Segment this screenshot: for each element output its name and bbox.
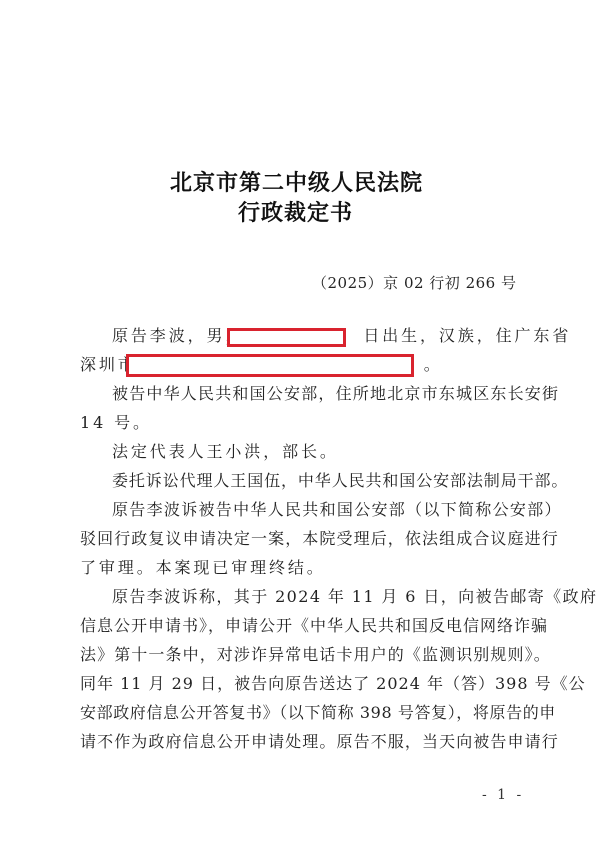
paragraph-line-claim-3: 法》第十一条中，对涉诈异常电话卡用户的《监测识别规则》。 [80, 644, 525, 666]
document-page: 北京市第二中级人民法院 行政裁定书 （2025）京 02 行初 266 号 原告… [0, 0, 601, 850]
case-number: （2025）京 02 行初 266 号 [312, 272, 516, 294]
paragraph-line-case-intro: 原告李波诉被告中华人民共和国公安部（以下简称公安部） [112, 499, 525, 521]
paragraph-line-claim-5: 安部政府信息公开答复书》（以下简称 398 号答复），将原告的申 [80, 702, 525, 724]
paragraph-line-legal-rep: 法定代表人王小洪，部长。 [112, 441, 525, 463]
paragraph-line-claim-1: 原告李波诉称，其于 2024 年 11 月 6 日，向被告邮寄《政府 [112, 586, 525, 608]
paragraph-line-agent: 委托诉讼代理人王国伍，中华人民共和国公安部法制局干部。 [112, 470, 525, 492]
court-name-heading: 北京市第二中级人民法院 [0, 169, 597, 197]
paragraph-line-case-intro-2: 驳回行政复议申请决定一案，本院受理后，依法组成合议庭进行 [80, 528, 525, 550]
paragraph-line-defendant: 被告中华人民共和国公安部，住所地北京市东城区东长安街 [112, 383, 525, 405]
address-end-text: 。 [424, 355, 443, 374]
paragraph-line-claim-4: 同年 11 月 29 日，被告向原告送达了 2024 年（答）398 号《公 [80, 673, 525, 695]
plaintiff-intro-text: 原告李波，男， [112, 326, 244, 345]
paragraph-line-case-intro-3: 了审理。本案现已审理终结。 [80, 557, 525, 579]
plaintiff-details-text: 日出生，汉族，住广东省 [363, 326, 571, 345]
page-number: - 1 - [482, 785, 524, 805]
paragraph-line-claim-2: 信息公开申请书》，申请公开《中华人民共和国反电信网络诈骗 [80, 615, 525, 637]
paragraph-line-defendant-address-end: 14 号。 [80, 412, 525, 434]
redaction-box-address [126, 354, 414, 377]
redaction-box-birthdate [227, 328, 346, 347]
paragraph-line-claim-6: 请不作为政府信息公开申请处理。原告不服，当天向被告申请行 [80, 731, 525, 753]
document-type-heading: 行政裁定书 [0, 199, 596, 227]
